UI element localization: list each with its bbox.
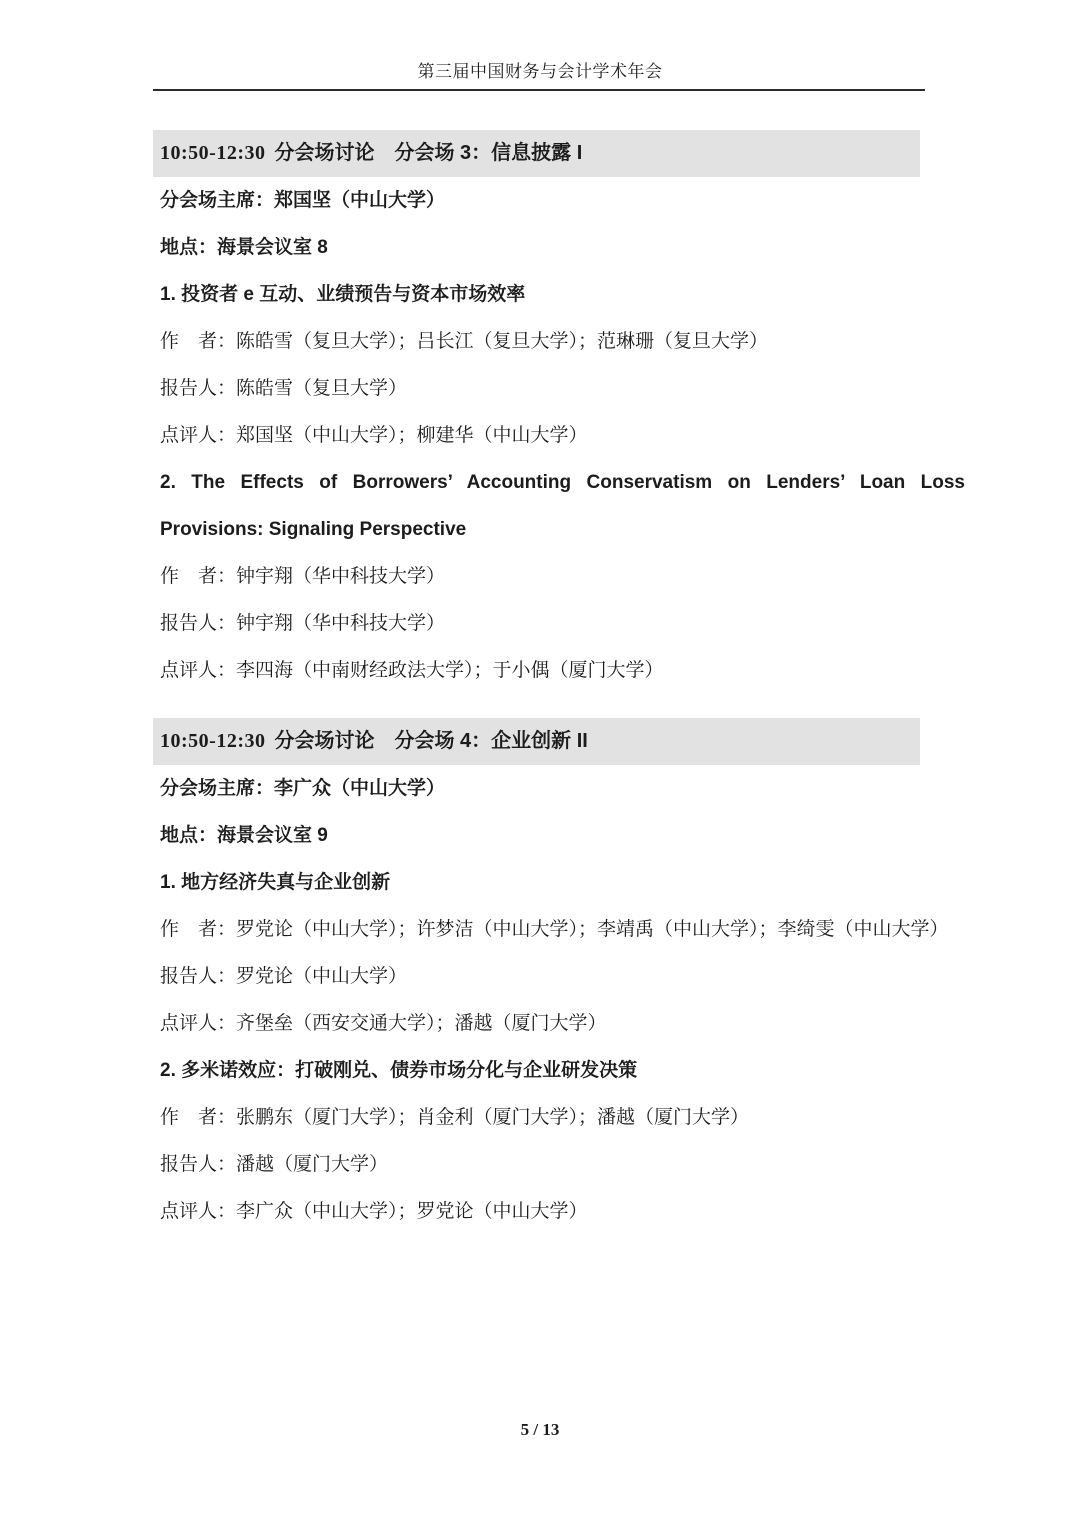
session-location: 地点：海景会议室 9 bbox=[160, 812, 965, 859]
paper-discussants: 点评人：李四海（中南财经政法大学）；于小偶（厦门大学） bbox=[160, 647, 965, 694]
paper-title: 1. 投资者 e 互动、业绩预告与资本市场效率 bbox=[160, 271, 965, 318]
page-number: 5 / 13 bbox=[0, 1419, 1080, 1441]
session-chair: 分会场主席：李广众（中山大学） bbox=[160, 765, 965, 812]
paper-presenter: 报告人：钟宇翔（华中科技大学） bbox=[160, 600, 965, 647]
session-title: 分会场讨论 分会场 4：企业创新 II bbox=[274, 730, 587, 752]
document-header-title: 第三届中国财务与会计学术年会 bbox=[0, 0, 1080, 83]
paper-title: 2. 多米诺效应：打破刚兑、债券市场分化与企业研发决策 bbox=[160, 1047, 965, 1094]
paper-discussants: 点评人：李广众（中山大学）；罗党论（中山大学） bbox=[160, 1188, 965, 1235]
paper-presenter: 报告人：潘越（厦门大学） bbox=[160, 1141, 965, 1188]
paper-presenter: 报告人：罗党论（中山大学） bbox=[160, 953, 965, 1000]
session-block-1: 10:50-12:30分会场讨论 分会场 3：信息披露 I 分会场主席：郑国坚（… bbox=[160, 130, 965, 694]
session-location: 地点：海景会议室 8 bbox=[160, 224, 965, 271]
paper-authors: 作 者：钟宇翔（华中科技大学） bbox=[160, 553, 965, 600]
session-banner: 10:50-12:30分会场讨论 分会场 4：企业创新 II bbox=[153, 718, 920, 765]
paper-authors: 作 者：张鹏东（厦门大学）；肖金利（厦门大学）；潘越（厦门大学） bbox=[160, 1094, 965, 1141]
paper-authors: 作 者：陈皓雪（复旦大学）；吕长江（复旦大学）；范琳珊（复旦大学） bbox=[160, 318, 965, 365]
page-content: 10:50-12:30分会场讨论 分会场 3：信息披露 I 分会场主席：郑国坚（… bbox=[0, 91, 1080, 1235]
session-time: 10:50-12:30 bbox=[160, 142, 265, 164]
session-time: 10:50-12:30 bbox=[160, 730, 265, 752]
paper-presenter: 报告人：陈皓雪（复旦大学） bbox=[160, 365, 965, 412]
session-title: 分会场讨论 分会场 3：信息披露 I bbox=[274, 142, 582, 164]
paper-title: 1. 地方经济失真与企业创新 bbox=[160, 859, 965, 906]
paper-title: 2. The Effects of Borrowers’ Accounting … bbox=[160, 459, 965, 553]
document-page: 第三届中国财务与会计学术年会 10:50-12:30分会场讨论 分会场 3：信息… bbox=[0, 0, 1080, 1528]
session-block-2: 10:50-12:30分会场讨论 分会场 4：企业创新 II 分会场主席：李广众… bbox=[160, 718, 965, 1235]
paper-authors: 作 者：罗党论（中山大学）；许梦洁（中山大学）；李靖禹（中山大学）；李绮雯（中山… bbox=[160, 906, 965, 953]
paper-discussants: 点评人：郑国坚（中山大学）；柳建华（中山大学） bbox=[160, 412, 965, 459]
session-banner: 10:50-12:30分会场讨论 分会场 3：信息披露 I bbox=[153, 130, 920, 177]
session-chair: 分会场主席：郑国坚（中山大学） bbox=[160, 177, 965, 224]
paper-discussants: 点评人：齐堡垒（西安交通大学）；潘越（厦门大学） bbox=[160, 1000, 965, 1047]
